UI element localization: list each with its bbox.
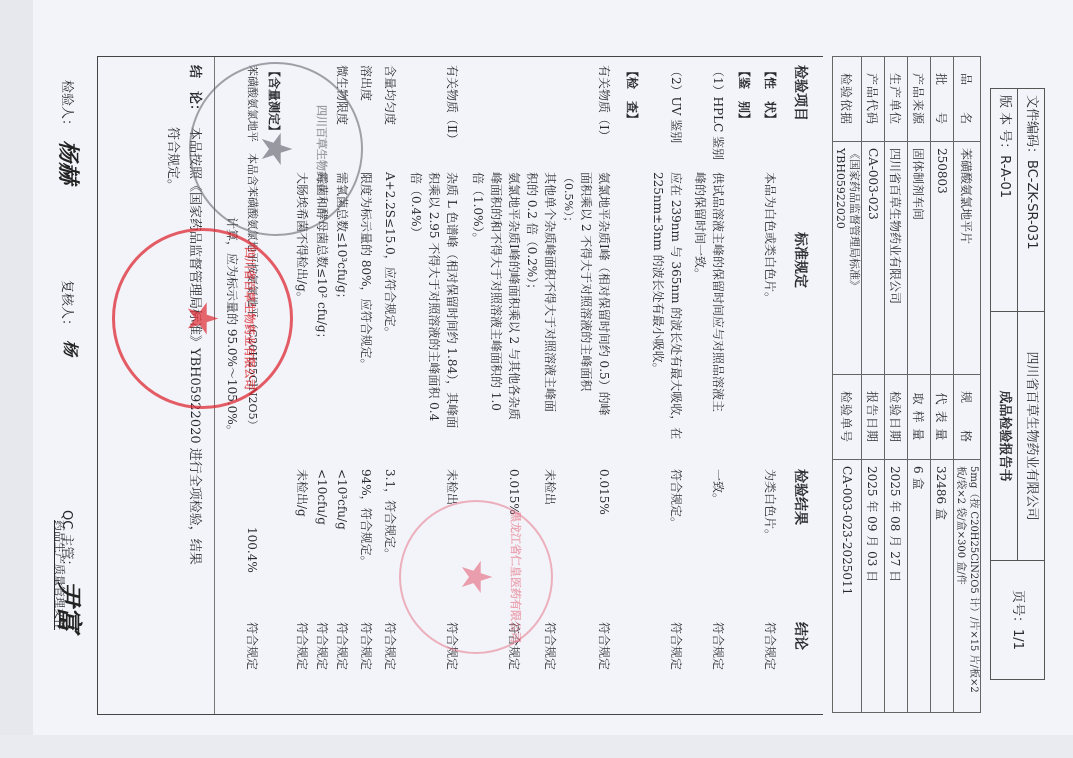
inspector-label: 检验人：: [59, 80, 78, 132]
std-related-1-line: （0.5%）；: [559, 172, 577, 227]
result-uniformity: 3.1，符合规定。: [381, 469, 399, 560]
value-manufacturer: 四川省百草生物药业有限公司: [885, 142, 908, 375]
sheet-edge: [0, 735, 1073, 758]
value-test-date: 2025 年 08 月 27 日: [885, 460, 908, 713]
col-header-result: 检验结果: [791, 469, 809, 525]
value-test-no: CA-003-023-2025011: [833, 460, 862, 713]
result-assay: 100.4%: [243, 527, 261, 573]
info-row: 生产单位 四川省百草生物药业有限公司 检验日期 2025 年 08 月 27 日: [885, 57, 908, 713]
version-no: 版 本 号：R-A-01: [991, 89, 1017, 311]
conclusion-microbial: 符合规定: [333, 622, 351, 670]
result-related-1: 未检出: [541, 469, 559, 505]
item-uv: （2）UV 鉴别: [667, 65, 685, 143]
std-assay-line: 计算，应为标示量的 95.0%～105.0%。: [223, 217, 241, 437]
std-microbial-line: 需氧菌总数≤10³cfu/g；: [333, 172, 351, 305]
report-title: 成品检验报告书: [991, 312, 1017, 560]
std-related-1-line: 积的 0.2 倍（0.2%）；: [523, 172, 541, 295]
value-source: 固体制剂车间: [908, 142, 931, 375]
std-related-1-line: 其他单个杂质峰面积不得大于对照溶液主峰面: [541, 172, 559, 412]
std-hplc-1: 供试品溶液主峰的保留时间应与对照品溶液主: [709, 172, 727, 412]
result-related-2: 未检出: [443, 469, 461, 505]
conclusion-related-1: 符合规定: [595, 622, 613, 670]
item-related-2: 有关物质（Ⅱ）: [443, 65, 461, 145]
conclusion-hplc: 符合规定: [709, 622, 727, 670]
std-related-1-line: 峰面积的和不得大于对照溶液主峰面积的 1.0: [487, 172, 505, 411]
value-spec: 5mg（按 C20H25ClN2O5 计）/片×15 片/板×2 板/袋×2 袋…: [954, 460, 981, 713]
label-spec: 规 格: [954, 375, 981, 460]
std-uniformity: A+2.2S≤15.0，应符合规定。: [381, 172, 399, 339]
divider: [214, 57, 215, 714]
std-microbial-line: 霉菌和酵母菌总数≤10² cfu/g；: [313, 172, 331, 345]
value-sample: 6 盒: [908, 460, 931, 713]
conclusion-uniformity: 符合规定: [381, 622, 399, 670]
std-related-1-line: 氨氯地平杂质Ⅰ峰（相对保留时间约 0.5）的峰: [595, 172, 613, 416]
col-header-standard: 标准规定: [791, 232, 809, 288]
conclusion-appearance: 符合规定: [761, 622, 779, 670]
std-related-2-line: 杂质 L 色谱峰（相对保留时间约 1.84），其峰面: [443, 172, 461, 428]
footer-note: 药品生产质量管理文件: [52, 520, 68, 630]
value-batch: 250803: [931, 142, 954, 375]
std-related-1-line: 倍（1.0%）。: [469, 172, 487, 245]
col-header-conclusion: 结论: [791, 622, 809, 650]
std-related-2-line: 倍（0.4%）: [407, 172, 425, 239]
label-basis: 检验依据: [833, 57, 862, 142]
std-appearance: 本品为白色或类白色片。: [761, 172, 779, 304]
label-source: 产品来源: [908, 57, 931, 142]
label-product-code: 产品代码: [862, 57, 885, 142]
info-row: 检验依据 《国家药品监督管理局标准》YBH05922020 检验单号 CA-00…: [833, 57, 862, 713]
std-related-1-line: 氨氯地平杂质Ⅰ峰的峰面积乘以 2 与其他各杂质: [505, 172, 523, 420]
report-page: 文件编码：BC-ZK-SR-031 版 本 号：R-A-01 四川省百草生物药业…: [0, 0, 1073, 758]
info-row: 品 名 苯磺酸氨氯地平片 规 格 5mg（按 C20H25ClN2O5 计）/片…: [954, 57, 981, 713]
item-assay: 【含量测定】: [265, 65, 283, 137]
result-microbial: <10³cfu/g: [333, 469, 351, 530]
std-microbial-line: 大肠埃希菌不得检出/g。: [293, 172, 311, 304]
value-quantity: 32486 盒: [931, 460, 954, 713]
label-report-date: 报告日期: [862, 375, 885, 460]
label-batch: 批 号: [931, 57, 954, 142]
sheet-edge: [0, 0, 33, 758]
value-report-date: 2025 年 09 月 03 日: [862, 460, 885, 713]
std-hplc-2: 峰的保留时间一致。: [691, 172, 709, 280]
conclusion-related-1: 符合规定: [541, 622, 559, 670]
result-dissolution: 94%，符合规定。: [357, 469, 375, 568]
info-row: 批 号 250803 代 表 量 32486 盒: [931, 57, 954, 713]
reviewer-signature: 杨: [60, 340, 83, 356]
label-manufacturer: 生产单位: [885, 57, 908, 142]
result-microbial: <10cfu/g: [313, 469, 331, 525]
result-hplc: 一致。: [709, 469, 727, 505]
conclusion-microbial: 符合规定: [313, 622, 331, 670]
std-assay-line: 苯磺酸氨氯地平 本品含苯磺酸氨氯地平按氨氯地平（C20H25ClN2O5）: [243, 65, 261, 431]
conclusion-related-2: 符合规定: [443, 622, 461, 670]
inspector-signature: 杨赫: [54, 140, 85, 184]
item-dissolution: 溶出度: [357, 65, 375, 101]
page-number: 页号：1/1: [991, 561, 1044, 679]
item-microbial: 微生物限度: [333, 65, 351, 125]
product-info-table: 品 名 苯磺酸氨氯地平片 规 格 5mg（按 C20H25ClN2O5 计）/片…: [832, 56, 981, 713]
value-basis: 《国家药品监督管理局标准》YBH05922020: [833, 142, 862, 375]
result-microbial: 未检出/g: [293, 469, 311, 517]
conclusion-text-1: 本品按照《国家药品监督管理局标准》YBH05922020 进行全项检验，结果: [185, 127, 203, 565]
info-row: 产品来源 固体制剂车间 取 样 量 6 盒: [908, 57, 931, 713]
std-related-2-line: 积乘以 2.95 不得大于对照溶液的主峰面积 0.4: [425, 172, 443, 421]
conclusion-related-1: 符合规定: [505, 622, 523, 670]
result-related-1: 0.015%: [505, 469, 523, 515]
std-uv-2: 225nm±3nm 的波长处有最小吸收。: [649, 172, 667, 375]
item-appearance: 【性 状】: [761, 65, 779, 125]
result-uv: 符合规定。: [667, 469, 685, 529]
conclusion-dissolution: 符合规定: [357, 622, 375, 670]
label-sample: 取 样 量: [908, 375, 931, 460]
label-test-date: 检验日期: [885, 375, 908, 460]
conclusion-uv: 符合规定: [667, 622, 685, 670]
conclusion-label: 结 论：: [185, 65, 203, 117]
label-test-no: 检验单号: [833, 375, 862, 460]
std-related-1-line: 面积乘以 2 不得大于对照溶液的主峰面积: [577, 172, 595, 391]
doc-code: 文件编码：BC-ZK-SR-031: [1017, 89, 1044, 311]
col-header-item: 检验项目: [791, 65, 809, 121]
value-product-name: 苯磺酸氨氯地平片: [954, 142, 981, 375]
conclusion-text-2: 符合规定。: [163, 127, 181, 192]
info-row: 产品代码 CA-003-023 报告日期 2025 年 09 月 03 日: [862, 57, 885, 713]
conclusion-microbial: 符合规定: [293, 622, 311, 670]
company-name: 四川省百草生物药业有限公司: [1017, 312, 1044, 560]
std-uv-1: 应在 239nm 与 365nm 的波长处有最大吸收，在: [667, 172, 685, 439]
item-hplc: （1）HPLC 鉴别: [709, 65, 727, 160]
item-related-1: 有关物质（Ⅰ）: [595, 65, 613, 142]
result-related-1: 0.015%: [595, 469, 613, 515]
value-product-code: CA-003-023: [862, 142, 885, 375]
std-dissolution: 限度为标示量的 80%，应符合规定。: [357, 172, 375, 371]
reviewer-label: 复核人：: [59, 280, 78, 332]
item-uniformity: 含量均匀度: [381, 65, 399, 125]
document-header: 文件编码：BC-ZK-SR-031 版 本 号：R-A-01 四川省百草生物药业…: [990, 88, 1045, 680]
result-appearance: 为类白色片。: [761, 469, 779, 541]
item-identification: 【鉴 别】: [735, 65, 753, 125]
test-results-section: 检验项目 标准规定 检验结果 结论 【性 状】 本品为白色或类白色片。 为类白色…: [97, 56, 823, 715]
label-product-name: 品 名: [954, 57, 981, 142]
conclusion-assay: 符合规定: [243, 622, 261, 670]
item-checks: 【检 查】: [623, 65, 641, 125]
label-quantity: 代 表 量: [931, 375, 954, 460]
